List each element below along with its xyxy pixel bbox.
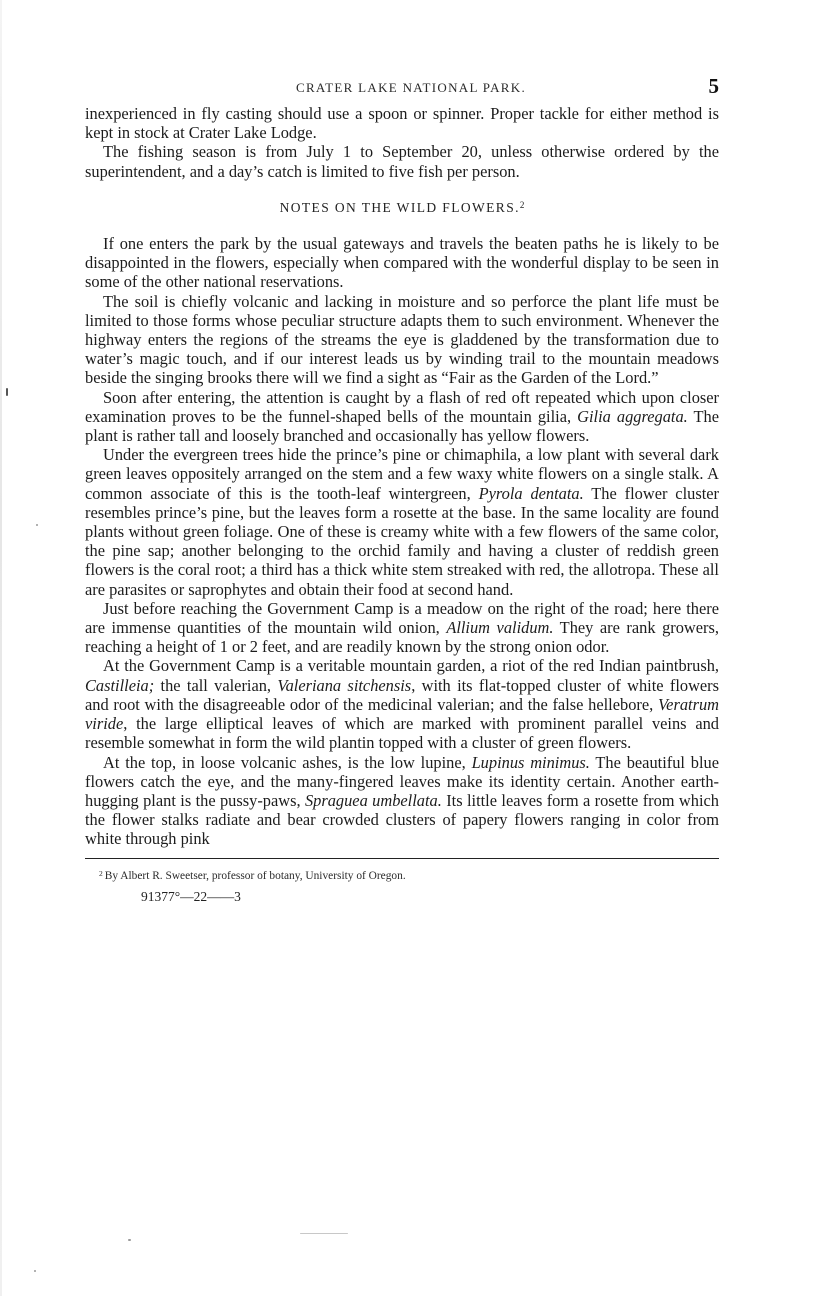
document-page: CRATER LAKE NATIONAL PARK. 5 inexperienc… <box>85 74 719 905</box>
scan-speck <box>128 1239 131 1241</box>
footnote-reference: 2 <box>520 200 525 210</box>
paragraph-6: At the Government Camp is a veritable mo… <box>85 656 719 752</box>
paragraph-7: At the top, in loose volcanic ashes, is … <box>85 753 719 849</box>
paragraph-fishing-season: The fishing season is from July 1 to Sep… <box>85 142 719 180</box>
section-heading: NOTES ON THE WILD FLOWERS.2 <box>85 196 719 217</box>
page-number: 5 <box>709 74 720 99</box>
scan-speck <box>300 1233 348 1234</box>
paragraph-2: The soil is chiefly volcanic and lacking… <box>85 292 719 388</box>
footnote-text: By Albert R. Sweetser, professor of bota… <box>105 870 406 882</box>
scientific-name: Castilleia; <box>85 676 154 695</box>
page-edge-shadow <box>0 0 2 1296</box>
print-code: 91377°—22——3 <box>85 889 719 905</box>
text-run: the tall valerian, <box>154 676 277 695</box>
scientific-name: Spraguea umbellata. <box>305 791 442 810</box>
paragraph-3: Soon after entering, the attention is ca… <box>85 388 719 446</box>
paragraph-5: Just before reaching the Government Camp… <box>85 599 719 657</box>
running-head: CRATER LAKE NATIONAL PARK. 5 <box>85 74 719 100</box>
text-run: At the Government Camp is a veritable mo… <box>103 656 719 675</box>
text-run: , the large elliptical leaves of which a… <box>85 714 719 752</box>
paragraph-4: Under the evergreen trees hide the princ… <box>85 445 719 599</box>
running-title: CRATER LAKE NATIONAL PARK. <box>85 80 719 96</box>
scientific-name: Gilia aggregata. <box>577 407 688 426</box>
paragraph-continuation: inexperienced in fly casting should use … <box>85 104 719 142</box>
scan-speck <box>36 524 38 526</box>
paragraph-1: If one enters the park by the usual gate… <box>85 234 719 292</box>
body-text: inexperienced in fly casting should use … <box>85 104 719 849</box>
scan-speck <box>6 388 8 396</box>
footnote: 2By Albert R. Sweetser, professor of bot… <box>85 869 719 882</box>
scientific-name: Lupinus minimus. <box>472 753 590 772</box>
scientific-name: Valeriana sitchensis <box>277 676 411 695</box>
footnote-rule <box>85 858 719 859</box>
text-run: At the top, in loose volcanic ashes, is … <box>103 753 472 772</box>
scan-speck <box>34 1270 36 1272</box>
scientific-name: Pyrola dentata. <box>479 484 584 503</box>
section-heading-text: NOTES ON THE WILD FLOWERS. <box>280 200 520 215</box>
scientific-name: Allium validum. <box>446 618 553 637</box>
footnote-marker: 2 <box>99 869 103 878</box>
